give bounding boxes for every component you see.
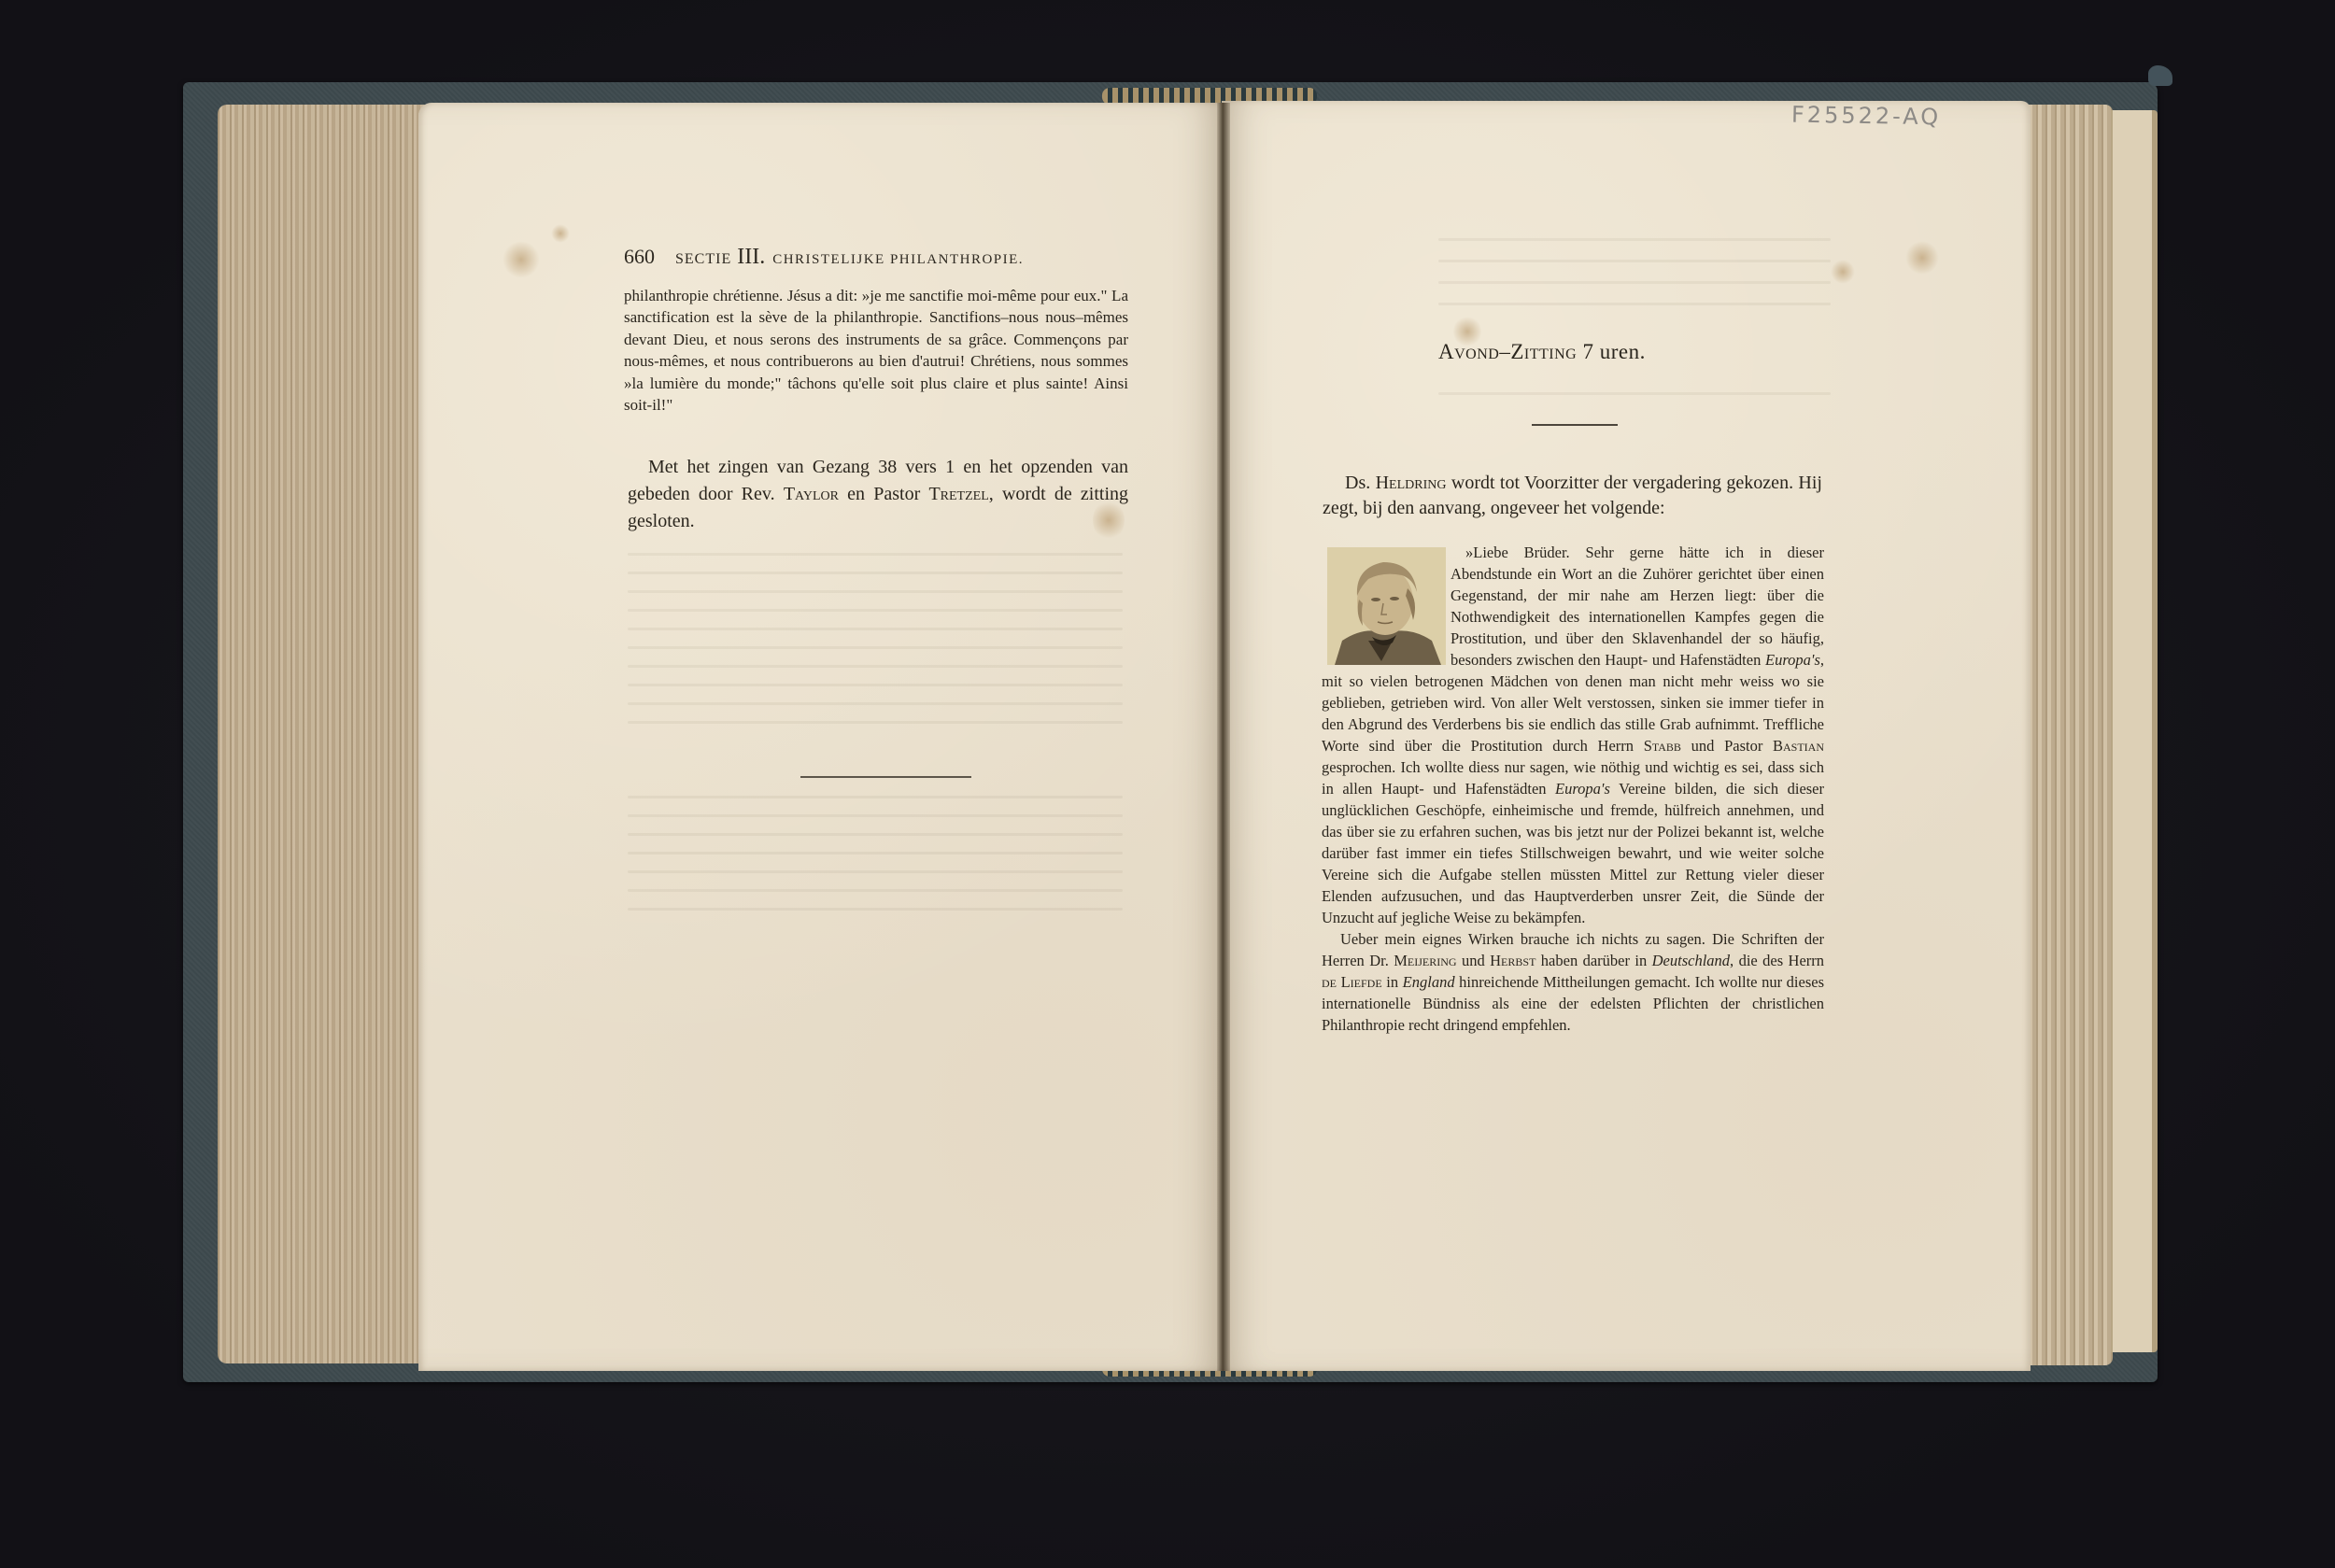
person-name-de-liefde: de Liefde bbox=[1322, 973, 1382, 991]
bleed-through bbox=[628, 665, 1123, 668]
text-run: und Pastor bbox=[1681, 737, 1773, 755]
person-name-taylor: Taylor bbox=[784, 484, 839, 504]
french-paragraph: philanthropie chrétienne. Jésus a dit: »… bbox=[624, 285, 1128, 416]
closing-paragraph: Met het zingen van Gezang 38 vers 1 en h… bbox=[628, 454, 1128, 535]
bleed-through bbox=[628, 684, 1123, 686]
text-run: en Pastor bbox=[839, 484, 928, 504]
bleed-through bbox=[628, 870, 1123, 873]
endpaper-right bbox=[2111, 110, 2158, 1352]
bleed-through bbox=[628, 889, 1123, 892]
person-name-heldring: Heldring bbox=[1376, 473, 1447, 493]
person-name-bastian: Bastian bbox=[1773, 737, 1824, 755]
place-europa: Europa's bbox=[1555, 780, 1610, 798]
bleed-through bbox=[628, 702, 1123, 705]
bleed-through bbox=[628, 553, 1123, 556]
cover-corner-tear bbox=[2148, 65, 2172, 86]
running-head-title: CHRISTELIJKE PHILANTHROPIE. bbox=[772, 252, 1024, 268]
text-run: Ds. bbox=[1345, 473, 1376, 493]
text-run: »Liebe Brüder. Sehr gerne hätte ich in d… bbox=[1451, 544, 1824, 669]
bleed-through bbox=[628, 908, 1123, 911]
foxing-spot bbox=[1831, 260, 1855, 284]
bleed-through bbox=[1438, 260, 1831, 262]
bleed-through bbox=[628, 572, 1123, 574]
bleed-through bbox=[628, 852, 1123, 855]
person-name-tretzel: Tretzel bbox=[928, 484, 988, 504]
person-name-stabb: Stabb bbox=[1644, 737, 1681, 755]
foxing-spot bbox=[502, 241, 540, 278]
bleed-through bbox=[1438, 303, 1831, 305]
bleed-through bbox=[1438, 281, 1831, 284]
page-block-edge-left bbox=[218, 105, 442, 1363]
bleed-through bbox=[1438, 392, 1831, 395]
text-run: haben darüber in bbox=[1535, 952, 1651, 969]
person-name-herbst: Herbst bbox=[1490, 952, 1535, 969]
page-block-edge-right bbox=[2027, 105, 2113, 1365]
text-run: Vereine bilden, die sich dieser unglückl… bbox=[1322, 780, 1824, 926]
place-england: England bbox=[1403, 973, 1455, 991]
place-europa: Europa's bbox=[1765, 651, 1820, 669]
foxing-spot bbox=[1905, 241, 1939, 275]
book-gutter bbox=[1217, 103, 1230, 1371]
bleed-through bbox=[628, 721, 1123, 724]
foxing-spot bbox=[551, 224, 570, 243]
portrait-float-space bbox=[1322, 542, 1451, 669]
text-run: in bbox=[1382, 973, 1403, 991]
section-title-time: 7 uren. bbox=[1577, 340, 1646, 363]
running-head: 660 SECTIE III. CHRISTELIJKE PHILANTHROP… bbox=[624, 245, 1147, 270]
bleed-through bbox=[628, 590, 1123, 593]
text-run: und bbox=[1457, 952, 1491, 969]
text-run: , die des Herrn bbox=[1730, 952, 1824, 969]
section-title-small-caps: Avond–Zitting bbox=[1438, 340, 1577, 363]
bleed-through bbox=[628, 796, 1123, 798]
intro-paragraph: Ds. Heldring wordt tot Voorzitter der ve… bbox=[1323, 471, 1822, 521]
page-number: 660 bbox=[624, 245, 675, 269]
section-title: Avond–Zitting 7 uren. bbox=[1438, 340, 1793, 364]
running-head-roman: III. bbox=[737, 245, 765, 270]
running-head-sectie: SECTIE bbox=[675, 251, 731, 268]
bleed-through bbox=[628, 833, 1123, 836]
speech-paragraph-2: Ueber mein eignes Wirken brauche ich nic… bbox=[1322, 928, 1824, 1036]
section-end-rule bbox=[800, 776, 971, 778]
person-name-meijering: Meijering bbox=[1394, 952, 1456, 969]
pencil-inventory-note: F25522-AQ bbox=[1791, 102, 1942, 131]
speech-text: »Liebe Brüder. Sehr gerne hätte ich in d… bbox=[1322, 542, 1824, 1036]
bleed-through bbox=[628, 814, 1123, 817]
bleed-through bbox=[628, 628, 1123, 630]
bleed-through bbox=[1438, 238, 1831, 241]
bleed-through bbox=[628, 646, 1123, 649]
place-deutschland: Deutschland bbox=[1652, 952, 1730, 969]
title-rule bbox=[1532, 424, 1618, 426]
bleed-through bbox=[628, 609, 1123, 612]
